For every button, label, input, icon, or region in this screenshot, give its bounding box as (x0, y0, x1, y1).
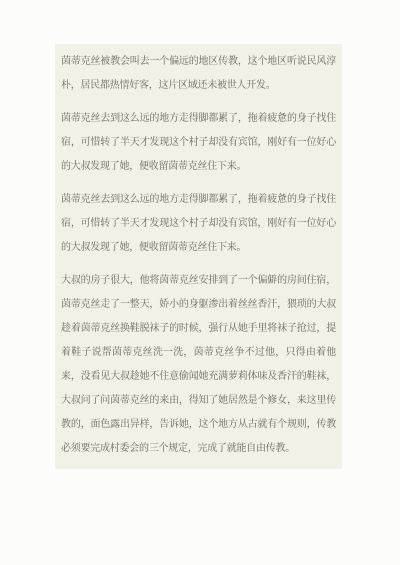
story-text-panel: 茵蒂克丝被教会叫去一个偏远的地区传教，这个地区听说民风淳朴，居民都热情好客，这片… (55, 44, 342, 469)
page-background: { "document": { "language": "zh-CN", "pa… (0, 0, 400, 565)
story-paragraph-4: 大叔的房子很大，他将茵蒂克丝安排到了一个偏僻的房间住宿，茵蒂克丝走了一整天，娇小… (61, 269, 336, 461)
story-paragraph-2: 茵蒂克丝去到这么远的地方走得脚都累了，拖着疲惫的身子找住宿，可惜转了半天才发现这… (61, 107, 336, 179)
story-paragraph-3: 茵蒂克丝去到这么远的地方走得脚都累了，拖着疲惫的身子找住宿，可惜转了半天才发现这… (61, 188, 336, 260)
story-paragraph-1: 茵蒂克丝被教会叫去一个偏远的地区传教，这个地区听说民风淳朴，居民都热情好客，这片… (61, 50, 336, 98)
